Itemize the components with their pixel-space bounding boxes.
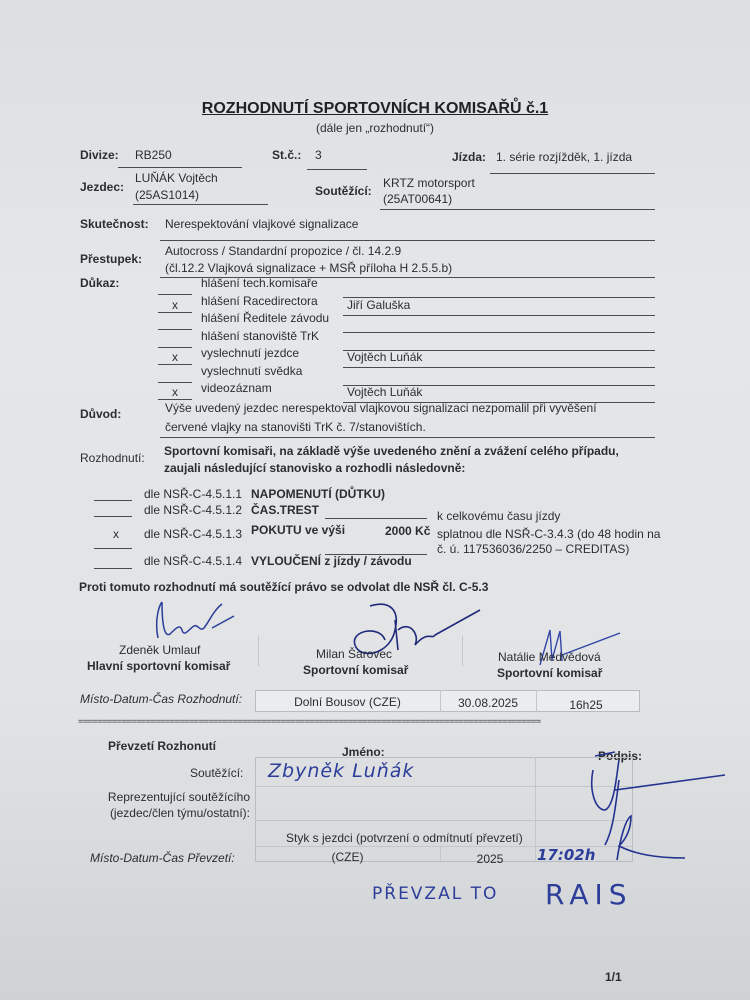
evidence-mark: x — [172, 298, 178, 312]
handwritten-note-name: RAIS — [545, 878, 633, 911]
evidence-checkbox-line[interactable] — [158, 347, 192, 348]
driver-underline — [133, 204, 268, 205]
evidence-checkbox-line[interactable] — [158, 312, 192, 313]
reason-line-2: červené vlajky na stanovišti TrK č. 7/st… — [165, 420, 426, 434]
decision-penalty: POKUTU ve výši — [251, 523, 345, 537]
evidence-label: Důkaz: — [80, 276, 119, 290]
driver-name: LUŇÁK Vojtěch — [135, 171, 218, 185]
decision-rule: dle NSŘ-C-4.5.1.1 — [144, 487, 242, 501]
reason-underline — [160, 437, 655, 438]
decision-place-label: Místo-Datum-Čas Rozhodnutí: — [80, 692, 242, 706]
division-underline — [118, 167, 242, 168]
receipt-contact-note: Styk s jezdci (potvrzení o odmítnutí pře… — [286, 831, 523, 845]
evidence-label-text: hlášení stanoviště TrK — [201, 329, 319, 343]
evidence-name: Jiří Galuška — [347, 298, 410, 312]
receipt-place: (CZE) — [255, 850, 440, 864]
competitor-name: KRTZ motorsport — [383, 176, 475, 190]
evidence-label-text: hlášení Racedirectora — [201, 294, 318, 308]
evidence-name-underline — [343, 332, 655, 333]
ride-value: 1. série rozjížděk, 1. jízda — [496, 150, 632, 164]
fine-note-line-2: č. ú. 117536036/2250 – CREDITAS) — [437, 542, 629, 556]
receipt-representative-label-2: (jezdec/člen týmu/ostatní): — [96, 806, 250, 820]
evidence-checkbox-line[interactable] — [158, 382, 192, 383]
separator-line: ========================================… — [78, 717, 640, 727]
receipt-representative-label-1: Reprezentující soutěžícího — [100, 790, 250, 804]
fact-value: Nerespektování vlajkové signalizace — [165, 217, 358, 231]
evidence-name-underline — [343, 315, 655, 316]
start-number-label: St.č.: — [272, 148, 301, 162]
handwritten-note-received: PŘEVZAL TO — [372, 884, 498, 904]
receipt-competitor-name: Zbyněk Luňák — [268, 760, 414, 782]
evidence-checkbox-line[interactable] — [158, 294, 192, 295]
column-divider — [535, 757, 536, 862]
decision-date: 30.08.2025 — [440, 696, 536, 710]
decision-mark: x — [113, 527, 119, 541]
evidence-name: Vojtěch Luňák — [347, 385, 422, 399]
steward-2-name: Milan Šarovec — [316, 647, 392, 661]
division-value: RB250 — [135, 148, 172, 162]
document-subtitle: (dále jen „rozhodnutí“) — [0, 121, 750, 135]
competitor-license: (25AT00641) — [383, 192, 452, 206]
decision-time: 16h25 — [536, 698, 636, 712]
receipt-heading: Převzetí Rozhonutí — [108, 739, 216, 753]
evidence-checkbox-line[interactable] — [158, 364, 192, 365]
ride-label: Jízda: — [452, 150, 486, 164]
decision-penalty: NAPOMENUTÍ (DŮTKU) — [251, 487, 385, 501]
decision-checkbox-line[interactable] — [94, 516, 132, 517]
fact-label: Skutečnost: — [80, 217, 149, 231]
evidence-label-text: videozáznam — [201, 381, 272, 395]
start-number-underline — [307, 169, 367, 170]
ride-underline — [490, 173, 655, 174]
steward-divider — [462, 636, 463, 666]
document-title: ROZHODNUTÍ SPORTOVNÍCH KOMISAŘŮ č.1 — [0, 100, 750, 118]
decision-intro-line-2: zaujali následující stanovisko a rozhodl… — [164, 461, 465, 475]
evidence-label-text: vyslechnutí svědka — [201, 364, 302, 378]
decision-rule: dle NSŘ-C-4.5.1.3 — [144, 527, 242, 541]
steward-divider — [258, 636, 259, 666]
receipt-signature — [575, 750, 735, 875]
decision-checkbox-line[interactable] — [94, 568, 132, 569]
evidence-label-text: hlášení tech.komisaře — [201, 276, 318, 290]
evidence-checkbox-line[interactable] — [158, 329, 192, 330]
decision-rule: dle NSŘ-C-4.5.1.4 — [144, 554, 242, 568]
receipt-place-label: Místo-Datum-Čas Převzetí: — [90, 851, 235, 865]
steward-1-name: Zdeněk Umlauf — [119, 643, 200, 657]
fact-underline — [160, 240, 655, 241]
evidence-mark: x — [172, 350, 178, 364]
evidence-checkbox-line[interactable] — [158, 399, 192, 400]
steward-1-role: Hlavní sportovní komisař — [87, 659, 230, 673]
competitor-label: Soutěžící: — [315, 184, 372, 198]
receipt-competitor-label: Soutěžící: — [190, 766, 243, 780]
evidence-label-text: hlášení Ředitele závodu — [201, 311, 329, 325]
evidence-label-text: vyslechnutí jezdce — [201, 346, 299, 360]
page-number: 1/1 — [605, 970, 622, 984]
receipt-year: 2025 — [460, 852, 520, 866]
decision-place: Dolní Bousov (CZE) — [255, 695, 440, 709]
appeal-note: Proti tomuto rozhodnutí má soutěžící prá… — [79, 580, 488, 594]
decision-intro-line-1: Sportovní komisaři, na základě výše uved… — [164, 444, 619, 458]
offence-label: Přestupek: — [80, 252, 142, 266]
decision-checkbox-line[interactable] — [94, 500, 132, 501]
competitor-underline — [380, 209, 655, 210]
offence-line-1: Autocross / Standardní propozice / čl. 1… — [165, 244, 401, 258]
time-penalty-blank — [325, 518, 427, 519]
driver-label: Jezdec: — [80, 180, 124, 194]
start-number-value: 3 — [315, 148, 322, 162]
decision-checkbox-line[interactable] — [94, 548, 132, 549]
steward-3-name: Natálie Medvědová — [498, 650, 601, 664]
reason-label: Důvod: — [80, 407, 121, 421]
evidence-name-underline — [343, 367, 655, 368]
driver-license: (25AS1014) — [135, 188, 199, 202]
steward-2-role: Sportovní komisař — [303, 663, 408, 677]
division-label: Divize: — [80, 148, 119, 162]
column-divider — [440, 846, 441, 862]
decision-rule: dle NSŘ-C-4.5.1.2 — [144, 503, 242, 517]
decision-penalty: ČAS.TREST — [251, 503, 319, 517]
fine-note-line-1: splatnou dle NSŘ-C-3.4.3 (do 48 hodin na — [437, 527, 660, 541]
evidence-mark: x — [172, 385, 178, 399]
fine-amount: 2000 Kč — [385, 524, 430, 538]
evidence-name: Vojtěch Luňák — [347, 350, 422, 364]
time-penalty-note: k celkovému času jízdy — [437, 509, 560, 523]
reason-line-1: Výše uvedený jezdec nerespektoval vlajko… — [165, 401, 597, 415]
decision-label: Rozhodnutí: — [80, 451, 145, 465]
steward-3-role: Sportovní komisař — [497, 666, 602, 680]
fine-blank-line — [325, 554, 427, 555]
decision-penalty: VYLOUČENÍ z jízdy / závodu — [251, 554, 412, 568]
offence-line-2: (čl.12.2 Vlajková signalizace + MSŘ příl… — [165, 261, 452, 275]
